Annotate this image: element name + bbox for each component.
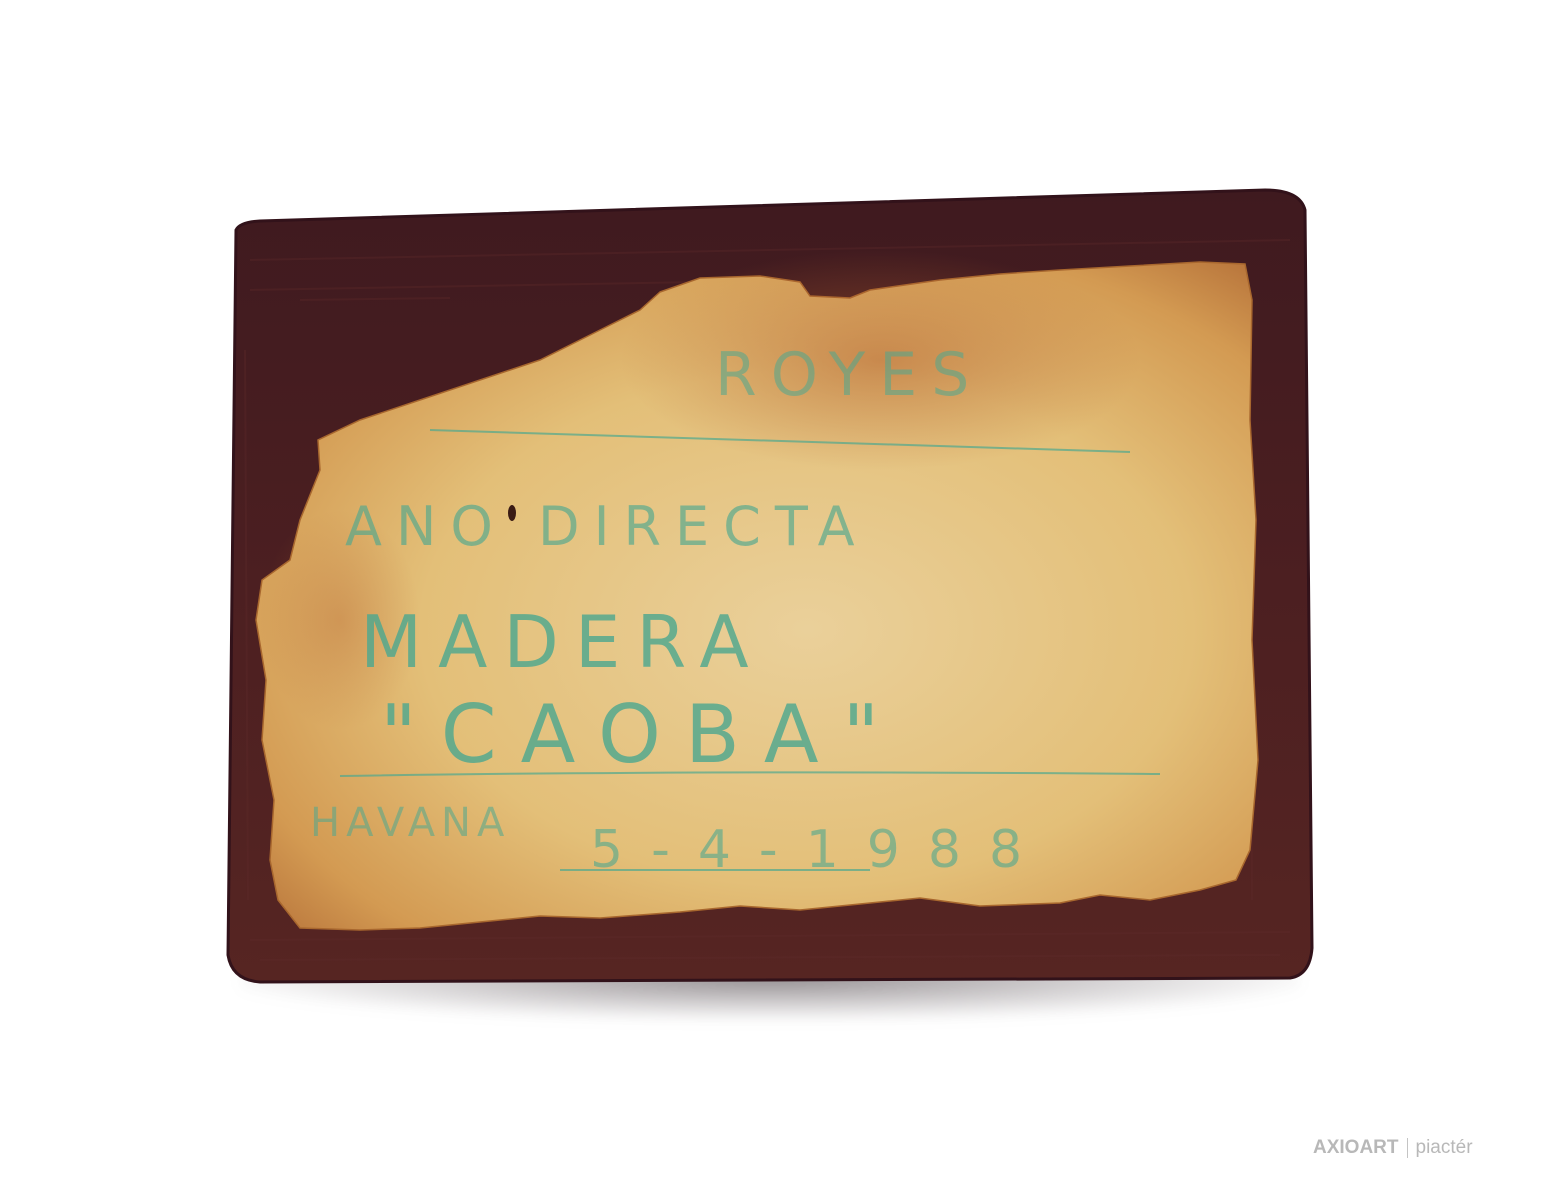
label-line-1: ROYES [715,340,983,410]
label-line-6: 5-4-1988 [590,820,1050,880]
label-line-5: HAVANA [310,800,510,846]
label-line-4: "CAOBA" [380,688,903,781]
wooden-block [0,0,1543,1200]
label-line-3: MADERA [360,600,765,684]
product-photo: ROYES ANO DIRECTA MADERA "CAOBA" HAVANA … [0,0,1543,1200]
watermark-separator [1407,1138,1408,1158]
label-line-2: ANO DIRECTA [345,495,869,558]
watermark: AXIOART piactér [1313,1137,1473,1159]
watermark-brand: AXIOART [1313,1137,1399,1159]
watermark-section: piactér [1416,1137,1473,1159]
